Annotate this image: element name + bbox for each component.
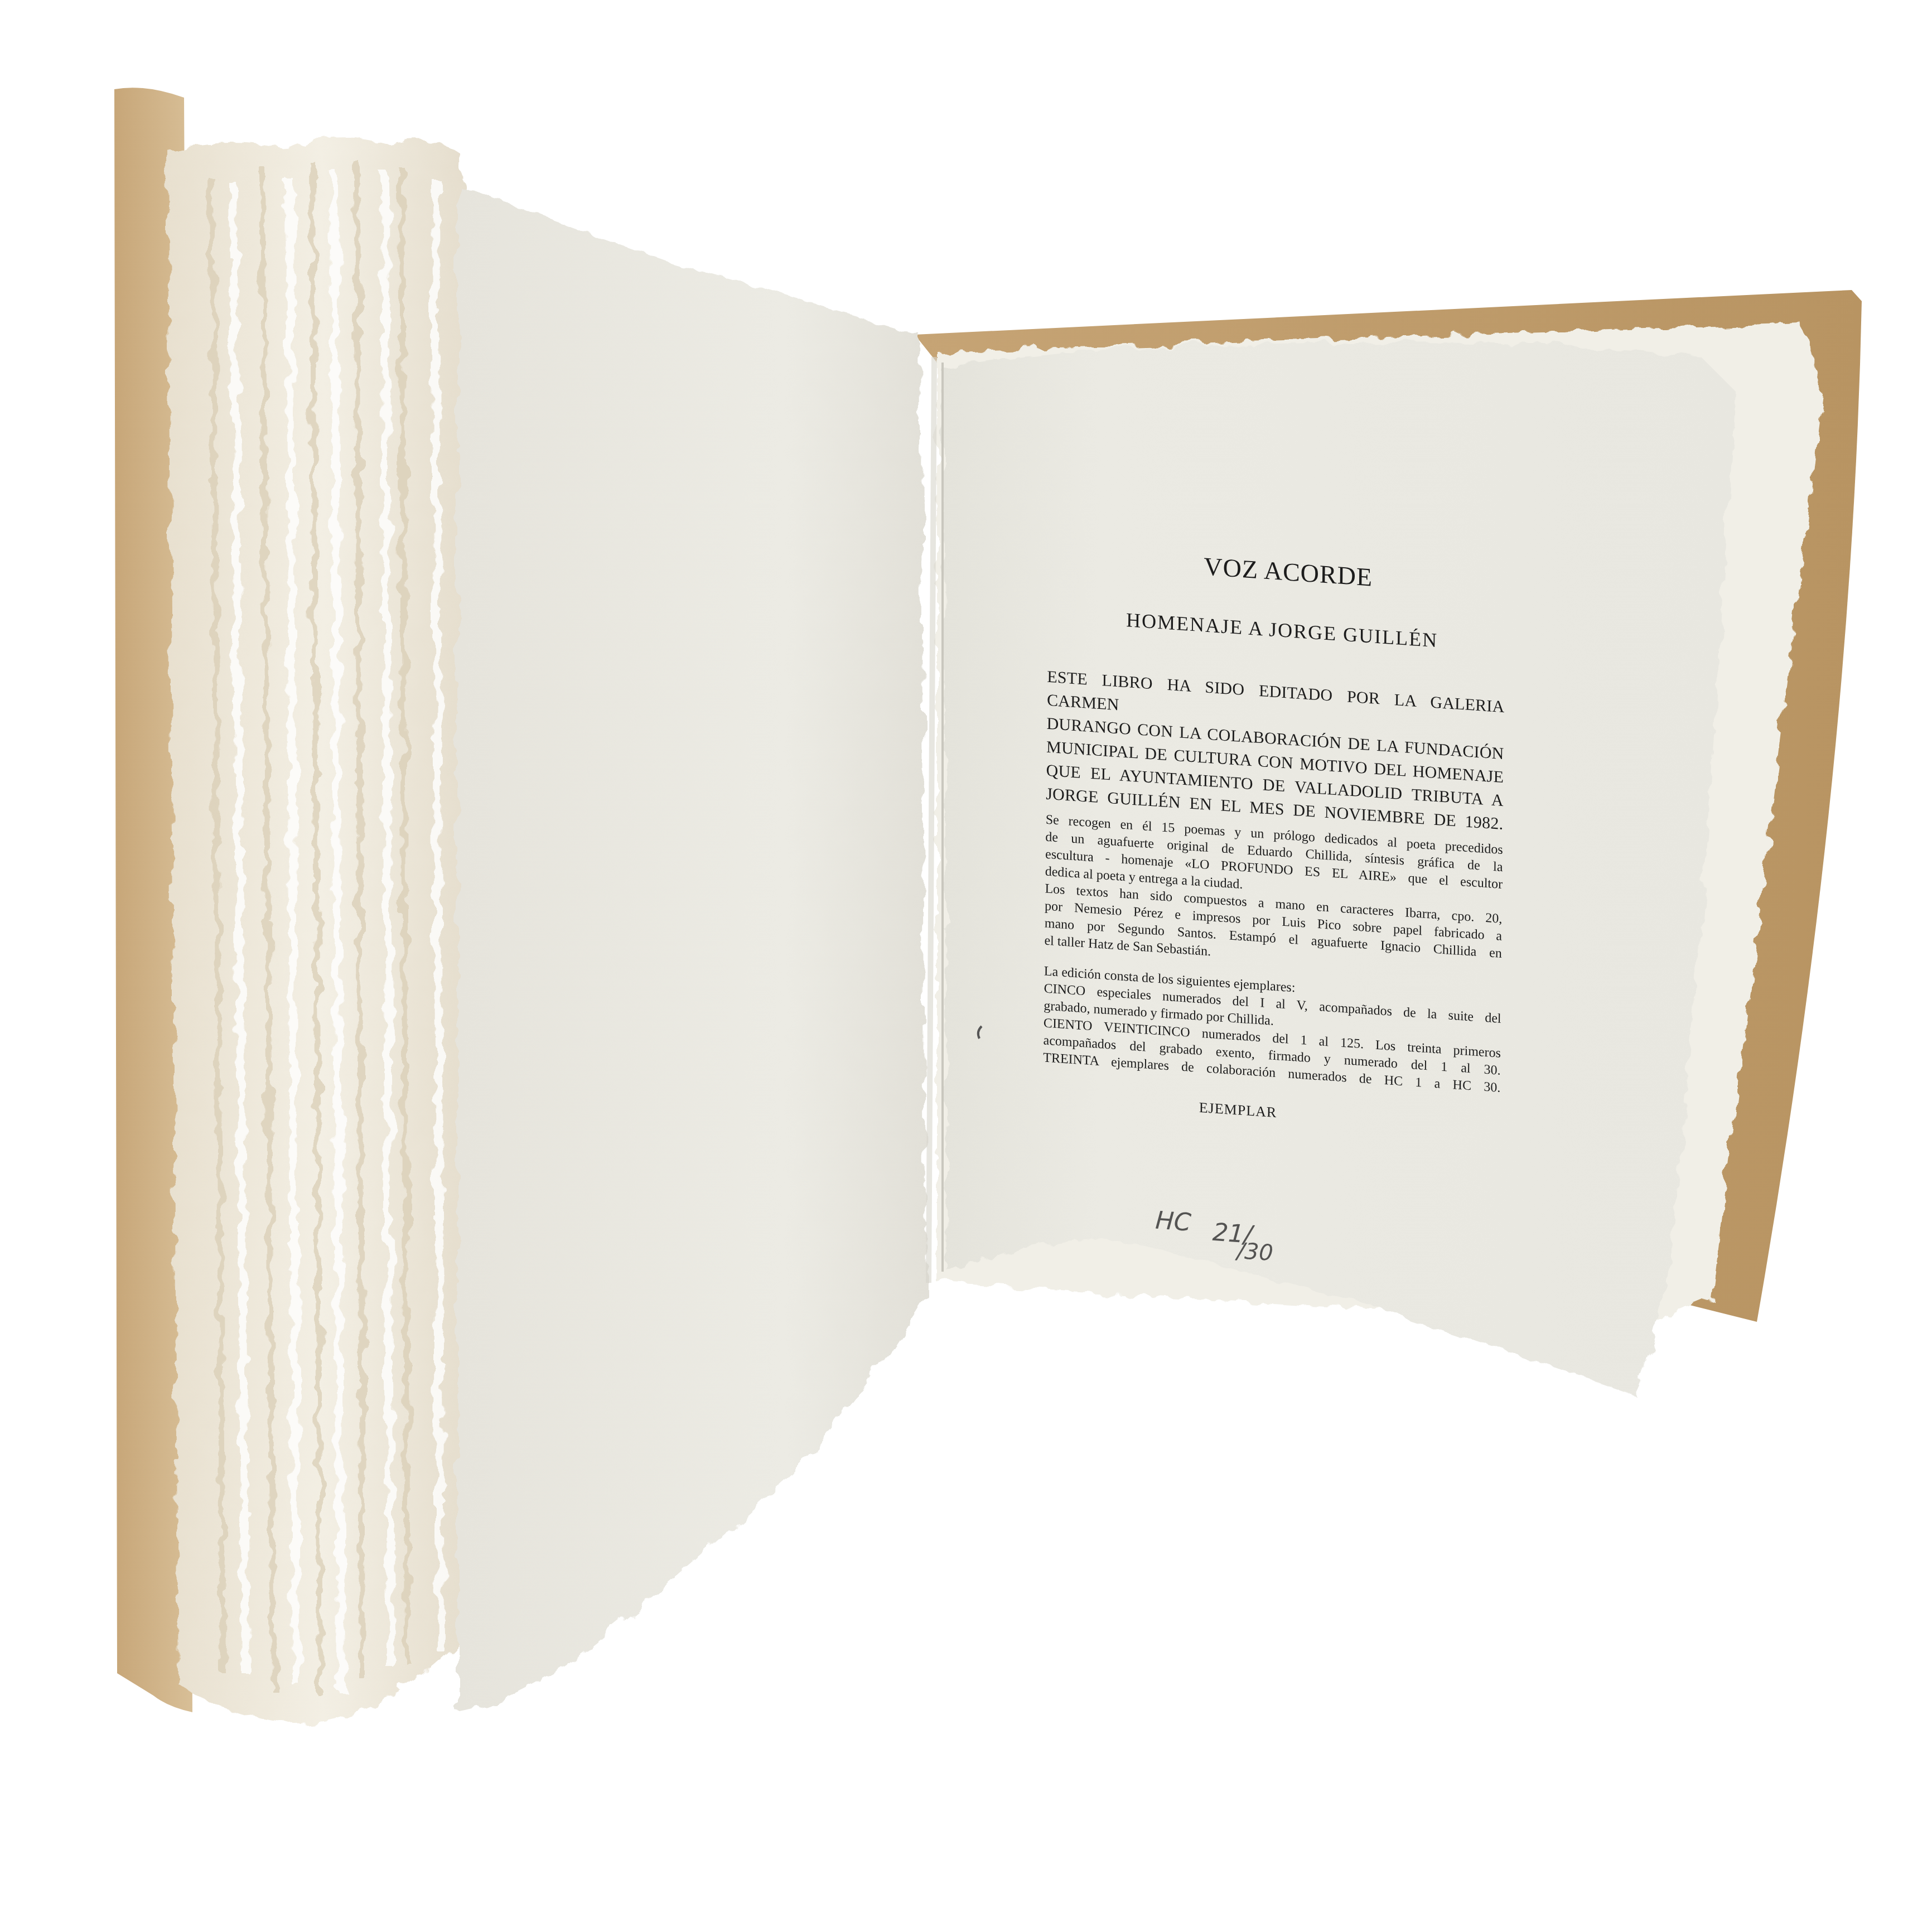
book-subtitle: HOMENAJE A JORGE GUILLÉN — [1047, 603, 1505, 656]
handwritten-copy-number: HC21/ /30 — [1153, 1206, 1276, 1267]
left-page — [457, 184, 926, 1712]
handwritten-numerator: 21/ — [1212, 1218, 1253, 1249]
colophon-text-block: VOZ ACORDE HOMENAJE A JORGE GUILLÉN ESTE… — [1042, 541, 1506, 1136]
open-book-illustration — [0, 0, 1932, 1932]
book-photo: VOZ ACORDE HOMENAJE A JORGE GUILLÉN ESTE… — [0, 0, 1932, 1932]
handwritten-prefix: HC — [1155, 1206, 1192, 1237]
edition-statement: ESTE LIBRO HA SIDO EDITADO POR LA GALERI… — [1046, 665, 1505, 836]
